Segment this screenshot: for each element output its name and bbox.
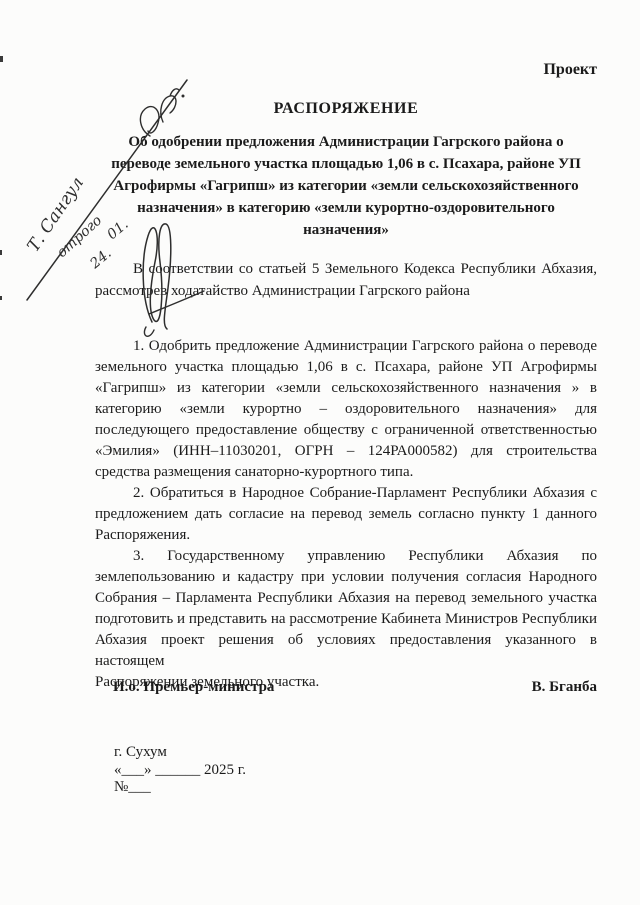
ink-dot-icon [182,95,185,98]
text-line: Абхазия проект решения об условиях предо… [95,630,597,672]
text-line: «Эмилия» (ИНН–11030201, ОГРН – 124РА0005… [95,441,597,462]
text-line: Агрофирмы «Гагрипш» из категории «земли … [95,175,597,197]
text-line: подготовить и представить на рассмотрени… [95,609,597,630]
document-title: РАСПОРЯЖЕНИЕ [95,100,597,118]
preamble: В соответствии со статьей 5 Земельного К… [95,258,597,302]
signature-row: И.о. Премьер-министра В. Бганба [95,679,597,696]
text-line: назначения» в категорию «земли курортно-… [95,197,597,219]
footer-number-line: №___ [114,779,246,797]
scan-artifacts [0,56,3,300]
footer-place: г. Сухум [114,744,246,762]
signature-flourish-icon [144,327,154,336]
text-line: Собрания – Парламента Республики Абхазия… [95,588,597,609]
text-line: Распоряжения. [95,525,597,546]
text-line: средства размещения санаторно-курортного… [95,462,597,483]
text-line: переводе земельного участка площадью 1,0… [95,153,597,175]
document-page: Проект РАСПОРЯЖЕНИЕ Об одобрении предлож… [0,0,640,905]
text-line: Об одобрении предложения Администрации Г… [95,131,597,153]
subject-heading: Об одобрении предложения Администрации Г… [95,131,597,241]
text-line: 2. Обратиться в Народное Собрание-Парлам… [95,483,597,504]
text-line: земельного участка площадью 1,06 в с. Пс… [95,357,597,378]
text-line: последующего предоставление обществу с о… [95,420,597,441]
footer-date-line: «___» ______ 2025 г. [114,762,246,780]
body-text: 1. Одобрить предложение Администрации Га… [95,336,597,693]
footer-block: г. Сухум «___» ______ 2025 г. №___ [114,744,246,797]
text-line: 3. Государственному управлению Республик… [95,546,597,567]
handwritten-name: Т. Сангул [24,174,89,256]
text-line: назначения» [95,219,597,241]
text-line: «Гагрипш» из категории «земли сельскохоз… [95,378,597,399]
signatory-position: И.о. Премьер-министра [113,679,274,696]
text-line: В соответствии со статьей 5 Земельного К… [95,258,597,280]
text-line: рассмотрев ходатайство Администрации Гаг… [95,280,597,302]
text-line: 1. Одобрить предложение Администрации Га… [95,336,597,357]
draft-label: Проект [543,61,597,79]
text-line: предложением дать согласие на перевод зе… [95,504,597,525]
text-line: землепользованию и кадастру при условии … [95,567,597,588]
signatory-name: В. Бганба [532,679,597,696]
text-line: категорию «земли курортно – оздоровитель… [95,399,597,420]
